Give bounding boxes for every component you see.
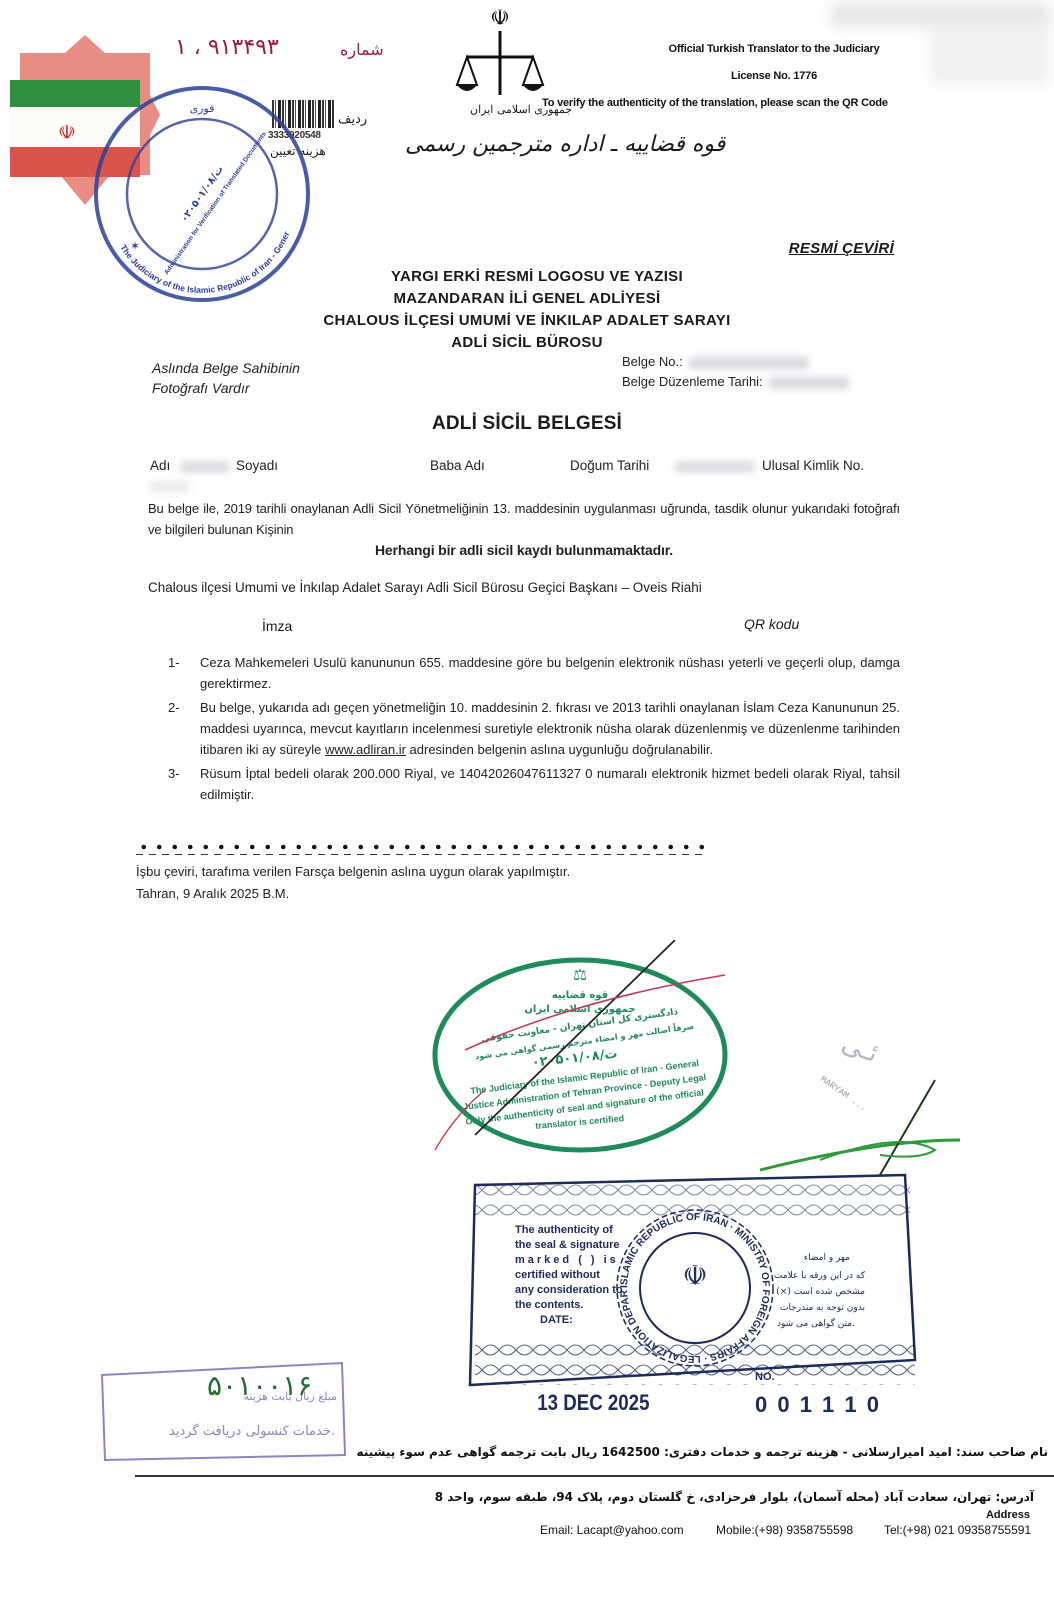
svg-text:the seal & signature: the seal & signature xyxy=(515,1239,620,1251)
judiciary-emblem-icon: ☫ xyxy=(455,5,545,105)
qr-label: QR kodu xyxy=(744,616,799,632)
svg-text:DATE:: DATE: xyxy=(540,1314,573,1326)
serial-number: ۱ ، ۹۱۳۴۹۳ xyxy=(175,35,279,60)
svg-text:۵۰۱۰۰۱۶: ۵۰۱۰۰۱۶ xyxy=(207,1369,312,1402)
redacted-qr xyxy=(930,25,1050,85)
svg-text:ئـى: ئـى xyxy=(838,1028,883,1069)
photo-note-line: Fotoğrafı Vardır xyxy=(152,378,300,398)
emblem-title: قوه قضاییه ـ اداره مترجمین رسمی xyxy=(405,132,725,157)
svg-text:☫: ☫ xyxy=(490,6,510,31)
redacted-birthdate xyxy=(675,462,755,472)
svg-text:خدمات کنسولی دریافت گردید.: خدمات کنسولی دریافت گردید. xyxy=(169,1423,335,1439)
license-number: License No. 1776 xyxy=(564,63,984,90)
translator-signature: ئـى MARYAM ... xyxy=(760,1010,980,1180)
svg-text:☫: ☫ xyxy=(58,120,76,144)
translator-certification: İşbu çeviri, tarafıma verilen Farsça bel… xyxy=(136,864,570,879)
document-number-label: Belge No.: xyxy=(622,354,683,369)
svg-text:⚖: ⚖ xyxy=(573,967,587,984)
svg-text:marked ( ) is: marked ( ) is xyxy=(515,1254,619,1266)
svg-text:متن گواهی می شود.: متن گواهی می شود. xyxy=(777,1317,855,1329)
body-statement: Herhangi bir adli sicil kaydı bulunmamak… xyxy=(148,540,900,561)
email: Email: Lacapt@yahoo.com xyxy=(540,1523,684,1537)
note-item: 2-Bu belge, yukarıda adı geçen yönetmeli… xyxy=(168,697,900,760)
svg-text:certified without: certified without xyxy=(515,1269,600,1281)
legalization-stamp: The authenticity of the seal & signature… xyxy=(465,1160,1025,1420)
svg-text:Administration for Verificatio: Administration for Verification of Trans… xyxy=(163,130,268,276)
official-translation-label: RESMİ ÇEVİRİ xyxy=(789,240,894,257)
fee-note: نام صاحب سند: امید امیرارسلانی - هزینه ت… xyxy=(357,1445,1048,1459)
svg-text:مهر و امضاء: مهر و امضاء xyxy=(804,1253,850,1263)
svg-text:(×) مشخص شده است: (×) مشخص شده است xyxy=(776,1287,865,1297)
radif-label: ردیف xyxy=(338,112,367,127)
photo-note: Aslında Belge Sahibinin Fotoğrafı Vardır xyxy=(152,358,300,398)
photo-note-line: Aslında Belge Sahibinin xyxy=(152,358,300,378)
consular-fee-stamp: مبلغ ریال بابت هزینه خدمات کنسولی دریافت… xyxy=(97,1355,347,1465)
svg-text:✶: ✶ xyxy=(130,239,140,253)
heading-line: ADLİ SİCİL BÜROSU xyxy=(0,332,1054,354)
place-date: Tahran, 9 Aralık 2025 B.M. xyxy=(136,886,289,901)
footer-divider xyxy=(135,1475,1054,1477)
field-surname-label: Soyadı xyxy=(236,458,278,473)
notes-list: 1-Ceza Mahkemeleri Usulü kanununun 655. … xyxy=(168,652,900,808)
heading-line: YARGI ERKİ RESMİ LOGOSU VE YAZISI xyxy=(0,266,1054,288)
redacted-id xyxy=(150,482,190,492)
body-text: Bu belge ile, 2019 tarihli onaylanan Adl… xyxy=(148,498,900,540)
document-date-label: Belge Düzenleme Tarihi: xyxy=(622,374,763,389)
field-father-label: Baba Adı xyxy=(430,458,485,473)
document-heading: YARGI ERKİ RESMİ LOGOSU VE YAZISI MAZAND… xyxy=(0,266,1054,354)
svg-text:the contents.: the contents. xyxy=(515,1299,583,1311)
mobile: Mobile:(+98) 9358755598 xyxy=(716,1523,853,1537)
svg-text:☫: ☫ xyxy=(682,1260,707,1291)
redacted-document-number xyxy=(689,357,809,369)
address-label: Address xyxy=(986,1509,1030,1521)
signature-label: İmza xyxy=(262,618,292,634)
field-birthdate-label: Doğum Tarihi xyxy=(570,458,649,473)
document-title: ADLİ SİCİL BELGESİ xyxy=(0,413,1054,435)
svg-text:فوری: فوری xyxy=(190,102,215,115)
note-item: 3-Rüsum İptal bedeli olarak 200.000 Riya… xyxy=(168,763,900,805)
svg-text:MARYAM ...: MARYAM ... xyxy=(818,1074,868,1113)
verify-note: To verify the authenticity of the transl… xyxy=(542,90,992,117)
translator-header: Official Turkish Translator to the Judic… xyxy=(564,36,984,90)
separator-dots xyxy=(136,844,706,858)
svg-text:جمهوری اسلامی ایران: جمهوری اسلامی ایران xyxy=(524,1004,635,1015)
note-item: 1-Ceza Mahkemeleri Usulü kanununun 655. … xyxy=(168,652,900,694)
body-paragraph: Bu belge ile, 2019 tarihli onaylanan Adl… xyxy=(148,498,900,561)
adliran-link[interactable]: www.adliran.ir xyxy=(325,742,406,757)
svg-text:که در این ورقه با علامت: که در این ورقه با علامت xyxy=(774,1271,866,1281)
redacted-document-date xyxy=(769,377,849,389)
signer-line: Chalous ilçesi Umumi ve İnkılap Adalet S… xyxy=(148,580,702,595)
svg-text:قوه قضاییه: قوه قضاییه xyxy=(552,990,608,1001)
svg-text:NO.: NO. xyxy=(755,1371,775,1383)
svg-text:any consideration to: any consideration to xyxy=(515,1284,623,1296)
green-certification-stamp: ⚖ قوه قضاییه جمهوری اسلامی ایران دادگستر… xyxy=(425,940,735,1155)
serial-label: شماره xyxy=(340,40,384,59)
redacted-name xyxy=(180,462,230,472)
heading-line: MAZANDARAN İLİ GENEL ADLİYESİ xyxy=(0,288,1054,310)
field-name-label: Adı xyxy=(150,458,170,473)
field-national-id-label: Ulusal Kimlik No. xyxy=(762,458,864,473)
svg-text:The authenticity of: The authenticity of xyxy=(515,1224,613,1236)
svg-text:0 0 1 1 1 0: 0 0 1 1 1 0 xyxy=(755,1392,881,1417)
document-info: Belge No.: Belge Düzenleme Tarihi: xyxy=(622,352,849,392)
telephone: Tel:(+98) 021 09358755591 xyxy=(884,1523,1031,1537)
svg-text:13 DEC 2025: 13 DEC 2025 xyxy=(537,1392,649,1416)
heading-line: CHALOUS İLÇESİ UMUMİ VE İNKILAP ADALET S… xyxy=(0,310,1054,332)
translator-title: Official Turkish Translator to the Judic… xyxy=(564,36,984,63)
svg-text:بدون توجه به مندرجات: بدون توجه به مندرجات xyxy=(780,1303,865,1313)
address-persian: آدرس: تهران، سعادت آباد (محله آسمان)، بل… xyxy=(435,1490,1034,1504)
